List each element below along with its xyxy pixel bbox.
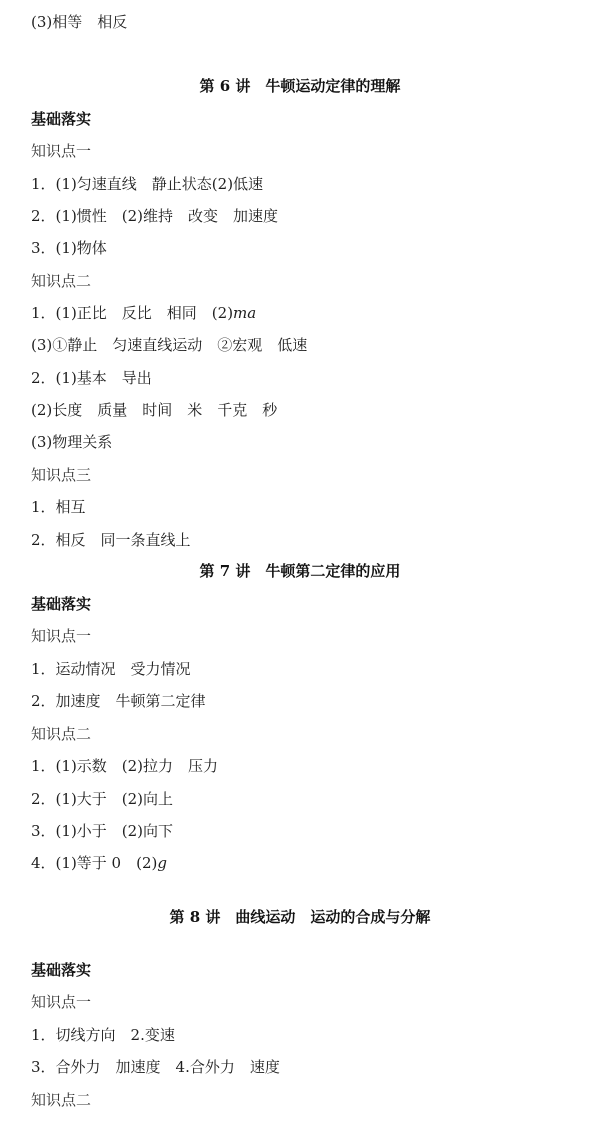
answer-line: 2．相反 同一条直线上 <box>31 530 191 550</box>
answer-line: (3)相等 相反 <box>31 12 127 32</box>
answer-line: 2．(1)惯性 (2)维持 改变 加速度 <box>31 206 278 226</box>
knowledge-point-heading: 知识点一 <box>31 992 91 1012</box>
knowledge-point-heading: 知识点二 <box>31 1090 91 1110</box>
answer-text: 4．(1)等于 0 (2) <box>31 854 157 872</box>
lecture-6-title: 第 6 讲 牛顿运动定律的理解 <box>0 76 600 96</box>
answer-line: 1．切线方向 2.变速 <box>31 1025 175 1045</box>
lecture-7-title: 第 7 讲 牛顿第二定律的应用 <box>0 561 600 581</box>
answer-line: (3)物理关系 <box>31 432 112 452</box>
section-heading: 基础落实 <box>31 960 91 980</box>
answer-line: 2．加速度 牛顿第二定律 <box>31 691 206 711</box>
answer-line: 1．相互 <box>31 497 86 517</box>
answer-text: 1．(1)正比 反比 相同 (2) <box>31 304 233 322</box>
knowledge-point-heading: 知识点二 <box>31 271 91 291</box>
knowledge-point-heading: 知识点一 <box>31 626 91 646</box>
knowledge-point-heading: 知识点三 <box>31 465 91 485</box>
section-heading: 基础落实 <box>31 594 91 614</box>
answer-line: 1．运动情况 受力情况 <box>31 659 191 679</box>
formula-ma: ma <box>233 304 256 322</box>
answer-line: 2．(1)基本 导出 <box>31 368 152 388</box>
answer-line: 2．(1)大于 (2)向上 <box>31 789 173 809</box>
knowledge-point-heading: 知识点二 <box>31 724 91 744</box>
answer-line: 3．(1)小于 (2)向下 <box>31 821 173 841</box>
answer-line: 3．(1)物体 <box>31 238 107 258</box>
answer-line: 3．合外力 加速度 4.合外力 速度 <box>31 1057 280 1077</box>
answer-line: 1．(1)正比 反比 相同 (2)ma <box>31 303 256 323</box>
answer-line: 4．(1)等于 0 (2)g <box>31 853 167 873</box>
formula-g: g <box>157 854 167 872</box>
section-heading: 基础落实 <box>31 109 91 129</box>
knowledge-point-heading: 知识点一 <box>31 141 91 161</box>
answer-line: 1．(1)示数 (2)拉力 压力 <box>31 756 218 776</box>
answer-line: 1．(1)匀速直线 静止状态(2)低速 <box>31 174 263 194</box>
answer-line: (2)长度 质量 时间 米 千克 秒 <box>31 400 277 420</box>
lecture-8-title: 第 8 讲 曲线运动 运动的合成与分解 <box>0 907 600 927</box>
answer-line: (3)①静止 匀速直线运动 ②宏观 低速 <box>31 335 307 355</box>
